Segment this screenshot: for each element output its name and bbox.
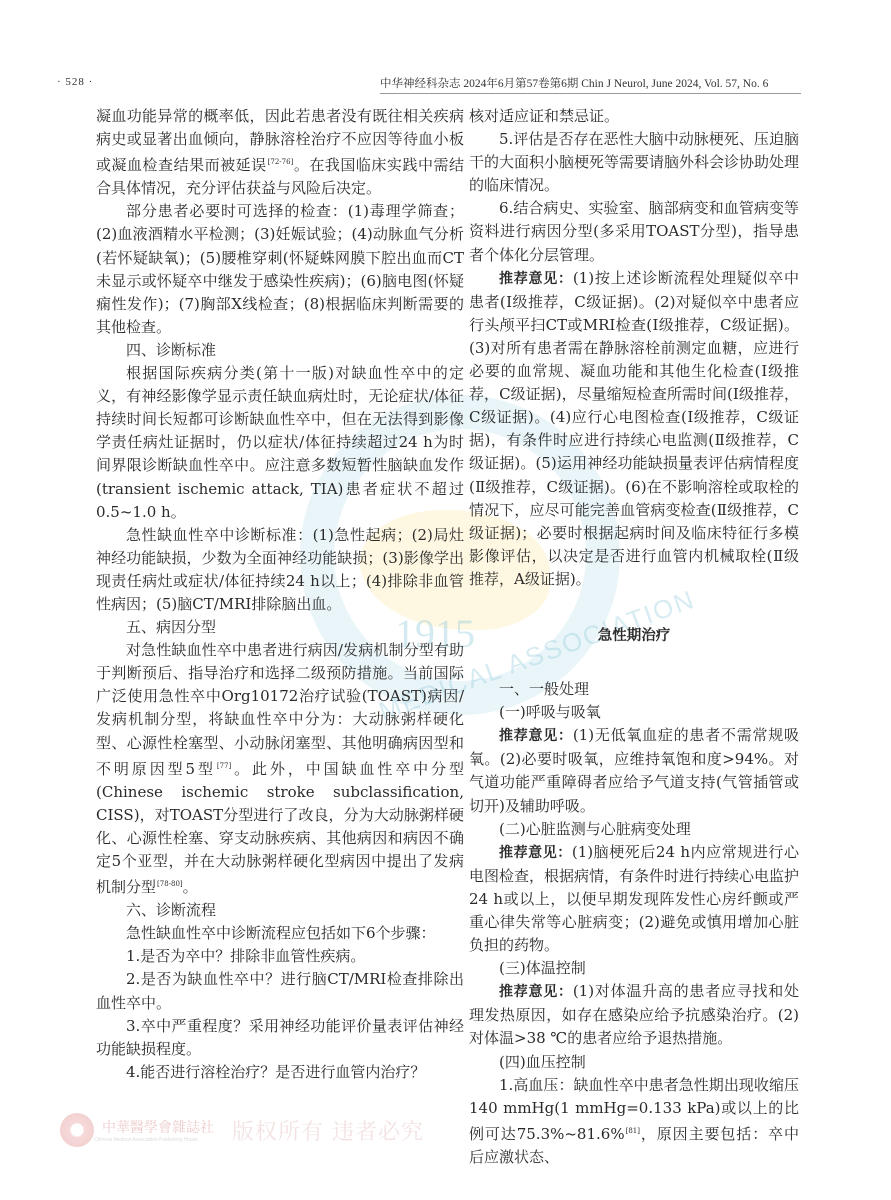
paragraph: 急性缺血性卒中诊断标准：(1)急性起病；(2)局灶神经功能缺损，少数为全面神经功… xyxy=(96,524,464,616)
section-heading-diagnosis-flow: 六、诊断流程 xyxy=(96,899,464,922)
paragraph: 对急性缺血性卒中患者进行病因/发病机制分型有助于判断预后、指导治疗和选择二级预防… xyxy=(96,639,464,899)
subheading-temperature: (三)体温控制 xyxy=(469,957,799,980)
publisher-watermark: 中華醫學會雜誌社 Chinese Medical Association Pub… xyxy=(60,1110,424,1150)
paragraph: 凝血功能异常的概率低，因此若患者没有既往相关疾病病史或显著出血倾向，静脉溶栓治疗… xyxy=(96,105,464,200)
subheading-blood-pressure: (四)血压控制 xyxy=(469,1051,799,1074)
list-item: 6.结合病史、实验室、脑部病变和血管病变等资料进行病因分型(多采用TOAST分型… xyxy=(469,197,799,266)
recommendation: 推荐意见：(1)无低氧血症的患者不需常规吸氧。(2)必要时吸氧，应维持氧饱和度>… xyxy=(469,724,799,817)
reference-citation[interactable]: [72-76] xyxy=(268,158,294,166)
reference-citation[interactable]: [77] xyxy=(217,762,231,770)
list-item: 2.是否为缺血性卒中？进行脑CT/MRI检查排除出血性卒中。 xyxy=(96,968,464,1014)
page-number: · 528 · xyxy=(57,76,93,88)
section-heading-general: 一、一般处理 xyxy=(469,678,799,701)
publisher-flower-icon xyxy=(60,1113,94,1147)
section-title-acute-treatment: 急性期治疗 xyxy=(469,625,799,648)
list-item: 5.评估是否存在恶性大脑中动脉梗死、压迫脑干的大面积小脑梗死等需要请脑外科会诊协… xyxy=(469,128,799,197)
publisher-name: 中華醫學會雜誌社 xyxy=(102,1117,214,1137)
section-heading-diagnosis-criteria: 四、诊断标准 xyxy=(96,339,464,362)
subheading-breathing: (一)呼吸与吸氧 xyxy=(469,701,799,724)
recommendation-label: 推荐意见： xyxy=(499,984,573,1000)
list-item: 1.是否为卒中？排除非血管性疾病。 xyxy=(96,945,464,968)
recommendation: 推荐意见：(1)对体温升高的患者应寻找和处理发热原因，如存在感染应给予抗感染治疗… xyxy=(469,980,799,1050)
left-column: 凝血功能异常的概率低，因此若患者没有既往相关疾病病史或显著出血倾向，静脉溶栓治疗… xyxy=(96,105,464,1084)
paragraph: 部分患者必要时可选择的检查：(1)毒理学筛查；(2)血液酒精水平检测；(3)妊娠… xyxy=(96,200,464,339)
copyright-notice: 版权所有 违者必究 xyxy=(232,1115,424,1146)
right-column: 核对适应证和禁忌证。 5.评估是否存在恶性大脑中动脉梗死、压迫脑干的大面积小脑梗… xyxy=(469,105,799,1169)
page-header: · 528 · 中华神经科杂志 2024年6月第57卷第6期 Chin J Ne… xyxy=(0,70,891,94)
recommendation-label: 推荐意见： xyxy=(499,271,573,287)
section-heading-etiology: 五、病因分型 xyxy=(96,616,464,639)
publisher-name-en: Chinese Medical Association Publishing H… xyxy=(94,1137,214,1143)
journal-citation: 中华神经科杂志 2024年6月第57卷第6期 Chin J Neurol, Ju… xyxy=(380,75,801,94)
recommendation-label: 推荐意见： xyxy=(499,845,572,861)
list-item: 4.能否进行溶栓治疗？是否进行血管内治疗？ xyxy=(96,1061,464,1084)
recommendation-label: 推荐意见： xyxy=(499,728,573,744)
paragraph: 急性缺血性卒中诊断流程应包括如下6个步骤： xyxy=(96,922,464,945)
recommendation: 推荐意见：(1)脑梗死后24 h内应常规进行心电图检查，根据病情，有条件时进行持… xyxy=(469,841,799,957)
subheading-cardiac: (二)心脏监测与心脏病变处理 xyxy=(469,818,799,841)
paragraph: 根据国际疾病分类(第十一版)对缺血性卒中的定义，有神经影像学显示责任缺血病灶时，… xyxy=(96,362,464,524)
paragraph: 核对适应证和禁忌证。 xyxy=(469,105,799,128)
list-item: 3.卒中严重程度？采用神经功能评价量表评估神经功能缺损程度。 xyxy=(96,1015,464,1061)
recommendation: 推荐意见：(1)按上述诊断流程处理疑似卒中患者(Ⅰ级推荐，C级证据)。(2)对疑… xyxy=(469,267,799,591)
reference-citation[interactable]: [81] xyxy=(626,1127,640,1135)
reference-citation[interactable]: [78-80] xyxy=(157,880,183,888)
paragraph: 1.高血压：缺血性卒中患者急性期出现收缩压140 mmHg(1 mmHg=0.1… xyxy=(469,1074,799,1169)
